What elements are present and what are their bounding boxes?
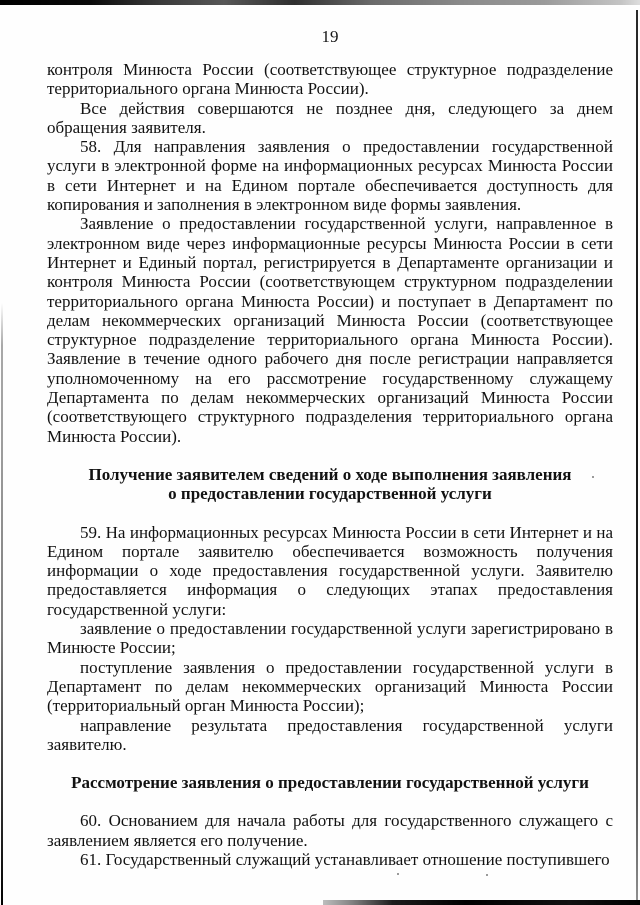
scan-speck bbox=[397, 873, 399, 875]
scan-artifact-top-bar bbox=[0, 0, 640, 5]
paragraph-60: 60. Основанием для начала работы для гос… bbox=[47, 811, 613, 850]
document-page: 19 контроля Минюста России (соответствую… bbox=[0, 0, 640, 905]
section-heading-review: Рассмотрение заявления о предоставлении … bbox=[47, 773, 613, 792]
page-number: 19 bbox=[47, 27, 613, 47]
document-body: контроля Минюста России (соответствующее… bbox=[47, 60, 613, 869]
section-heading-status-info: Получение заявителем сведений о ходе вып… bbox=[47, 465, 613, 504]
heading-line: о предоставлении государственной услуги bbox=[47, 484, 613, 503]
scan-artifact-left-line bbox=[1, 303, 3, 905]
scan-artifact-right-line bbox=[636, 10, 638, 903]
paragraph-actions-deadline: Все действия совершаются не позднее дня,… bbox=[47, 99, 613, 138]
scan-artifact-bottom-bar bbox=[323, 900, 640, 905]
list-item-stage-result: направление результата предоставления го… bbox=[47, 716, 613, 755]
paragraph-58: 58. Для направления заявления о предоста… bbox=[47, 137, 613, 214]
paragraph-61: 61. Государственный служащий устанавлива… bbox=[47, 850, 613, 869]
scan-speck bbox=[486, 874, 488, 876]
heading-line: Получение заявителем сведений о ходе вып… bbox=[47, 465, 613, 484]
paragraph-registration-flow: Заявление о предоставлении государственн… bbox=[47, 214, 613, 446]
list-item-stage-received: поступление заявления о предоставлении г… bbox=[47, 658, 613, 716]
paragraph-59: 59. На информационных ресурсах Минюста Р… bbox=[47, 523, 613, 619]
paragraph-control-continuation: контроля Минюста России (соответствующее… bbox=[47, 60, 613, 99]
list-item-stage-registered: заявление о предоставлении государственн… bbox=[47, 619, 613, 658]
